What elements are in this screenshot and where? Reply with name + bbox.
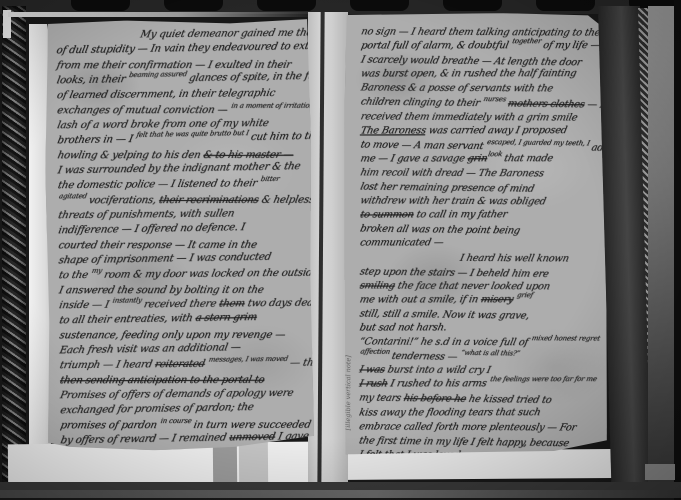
manuscript-line: but sad not harsh. <box>358 321 605 336</box>
manuscript-word-segment: he kissed tried to <box>465 394 553 406</box>
binding-tab <box>213 442 237 483</box>
album-bottom-edge-light <box>0 490 681 498</box>
album-gutter <box>308 12 348 488</box>
manuscript-line: portal full of alarm, & doubtful togethe… <box>359 39 606 54</box>
manuscript-word-segment: tenderness — <box>388 351 462 363</box>
manuscript-word-segment: lost her remaining presence of mind <box>359 181 535 194</box>
manuscript-word-segment: I heard his well known <box>459 252 570 264</box>
bottom-right-highlight <box>645 464 675 480</box>
manuscript-word-segment: “Contarini!” he s.d in a voice full of <box>358 336 532 348</box>
manuscript-word-segment: but sad not harsh. <box>358 322 447 333</box>
manuscript-word-segment: sustenance, feeding only upon my revenge… <box>58 330 286 342</box>
manuscript-word-segment: bitter <box>260 175 280 183</box>
manuscript-word-segment: I rushed to his arms <box>386 379 490 390</box>
manuscript-word-segment: in a moment of irritation <box>230 102 314 110</box>
manuscript-word-segment: agitated <box>58 192 87 200</box>
manuscript-word-segment: exchanges of mutual conviction — <box>56 105 232 116</box>
manuscript-word-segment: brothers in — I <box>56 134 136 146</box>
manuscript-word-segment: escaped, I guarded my teeth, I <box>486 138 590 147</box>
manuscript-line: to the my room & my door was locked on t… <box>57 268 310 286</box>
manuscript-word-segment: together <box>511 37 542 45</box>
manuscript-word-segment: portal full of alarm, & doubtful <box>360 40 513 51</box>
manuscript-word-segment: promises of pardon <box>59 420 161 431</box>
manuscript-word-segment: embrace called forth more plenteously — … <box>358 421 577 433</box>
manuscript-word-segment: children clinging to their <box>360 97 484 110</box>
manuscript-word-segment: howling & yelping to his den <box>56 150 204 161</box>
manuscript-word-segment: vociferations, <box>85 195 161 206</box>
manuscript-line: brothers in — I felt that he was quite b… <box>56 131 309 150</box>
manuscript-word-segment: in turn were succeeded <box>189 420 311 431</box>
manuscript-word-segment: to summon <box>359 210 415 221</box>
manuscript-line: I heard his well known <box>358 251 605 266</box>
manuscript-word-segment: inside — I <box>58 300 113 312</box>
manuscript-word-segment: I rush <box>358 379 388 390</box>
manuscript-word-segment: triumph — I heard <box>59 359 156 371</box>
manuscript-word-segment: withdrew with her train & was obliged <box>359 196 547 208</box>
manuscript-word-segment: me — I gave a savage <box>359 153 468 164</box>
manuscript-word-segment: & helpless <box>257 195 315 206</box>
sprocket-hole <box>257 0 316 11</box>
manuscript-line: kiss away the flooding tears that such <box>358 406 605 421</box>
manuscript-line: received them immediately with a grim sm… <box>359 110 606 125</box>
manuscript-word-segment: look <box>487 150 503 158</box>
manuscript-word-segment: by offers of reward — I remained <box>59 432 230 446</box>
manuscript-word-segment: was carried away I proposed <box>425 125 568 136</box>
manuscript-word-segment: nurses <box>483 95 507 103</box>
manuscript-word-segment: The Baroness <box>359 125 427 136</box>
manuscript-word-segment: to the <box>58 270 92 281</box>
manuscript-word-segment: looks, in their <box>56 74 130 86</box>
manuscript-word-segment: threats of punishments, with sullen <box>57 208 235 221</box>
sprocket-hole <box>443 0 502 11</box>
manuscript-word-segment: felt that he was quite brutto but I <box>136 129 250 139</box>
manuscript-word-segment: received there <box>140 299 221 311</box>
manuscript-word-segment: broken all was on the point being <box>359 224 521 237</box>
backing-page-top-edge <box>8 12 318 17</box>
manuscript-word-segment: in course <box>160 417 193 425</box>
manuscript-word-segment: instantly <box>112 296 143 304</box>
manuscript-word-segment: unmoved <box>228 431 276 443</box>
manuscript-page-right: [illegible vertical note] no sign — I he… <box>343 12 609 455</box>
manuscript-word-segment: still, still a smile. Now it was grave, <box>358 308 530 321</box>
manuscript-line: was burst open, & in rushed the half fai… <box>359 67 606 82</box>
manuscript-word-segment: smiling <box>359 280 396 291</box>
manuscript-word-segment: communicated — <box>359 238 445 249</box>
manuscript-line: communicated — <box>358 236 605 251</box>
manuscript-word-segment: my tears <box>358 393 405 405</box>
manuscript-word-segment: of learned discernment, in their telegra… <box>56 88 276 101</box>
manuscript-word-segment: room & my door was locked on the outside <box>100 268 319 281</box>
manuscript-word-segment: mothers clothes <box>507 99 586 111</box>
manuscript-word-segment: a stern grim <box>194 312 257 324</box>
manuscript-word-segment: of my life — <box>539 40 601 51</box>
manuscript-word-segment: to call in my father <box>412 209 508 220</box>
album-bottom-edge-dark <box>0 482 681 490</box>
album-left-binding-edge <box>2 6 26 488</box>
page-block-edge <box>648 6 674 492</box>
manuscript-word-segment: kiss away the flooding tears that such <box>358 407 541 418</box>
manuscript-word-segment: my <box>91 267 103 275</box>
manuscript-line: of dull stupidity — In vain they endeavo… <box>55 41 308 60</box>
manuscript-word-segment: indifference — I offered no defence. I <box>57 222 246 236</box>
manuscript-line: to summon to call in my father <box>359 208 606 223</box>
manuscript-word-segment: shape of imprisonment — I was conducted <box>58 252 272 267</box>
manuscript-word-segment: me with out a smile, if in <box>359 294 482 305</box>
manuscript-word-segment: courted their response — It came in the <box>57 240 257 252</box>
manuscript-word-segment: the feelings were too far for me <box>489 375 597 383</box>
manuscript-line: to all their entreaties, with a stern gr… <box>57 311 310 330</box>
manuscript-word-segment: affection <box>360 348 391 356</box>
manuscript-line: triumph — I heard reiterated messages, I… <box>58 358 311 376</box>
manuscript-line: Baroness & a posse of servants with the <box>359 82 606 97</box>
manuscript-word-segment: beaming assured <box>128 70 187 79</box>
manuscript-word-segment: Promises of offers of demands of apology… <box>59 388 294 401</box>
manuscript-word-segment: then sending anticipation to the portal … <box>59 375 266 387</box>
manuscript-word-segment: the first time in my life I felt happy, … <box>358 435 570 449</box>
gutter-shadow-line <box>317 12 324 488</box>
manuscript-word-segment: the domestic police — I listened to thei… <box>57 178 261 191</box>
manuscript-line: I rush I rushed to his arms the feelings… <box>358 377 605 392</box>
manuscript-word-segment: was burst open, & in rushed the half fai… <box>360 68 578 79</box>
manuscript-word-segment: his before he <box>402 393 467 405</box>
manuscript-word-segment: I was <box>358 365 386 376</box>
manuscript-word-segment: glances of spite, in the full <box>185 71 322 84</box>
binding-tab <box>239 442 268 483</box>
sprocket-hole <box>71 0 130 11</box>
manuscript-word-segment: grin <box>466 153 488 164</box>
manuscript-word-segment: grief <box>516 291 534 299</box>
manuscript-line: the domestic police — I listened to thei… <box>56 178 309 196</box>
manuscript-word-segment: their recriminations <box>158 195 260 206</box>
manuscript-text-left: My quiet demeanor gained me the reputati… <box>44 19 314 452</box>
manuscript-page-left: My quiet demeanor gained me the reputati… <box>44 19 314 452</box>
manuscript-line: me with out a smile, if in misery grief <box>358 293 605 308</box>
manuscript-line: him recoil with dread — The Baroness <box>359 166 606 181</box>
manuscript-word-segment: Baroness & a posse of servants with the <box>360 83 554 95</box>
manuscript-word-segment: messages, I was moved <box>208 355 289 364</box>
photo-right-border <box>674 0 681 500</box>
photo-frame: My quiet demeanor gained me the reputati… <box>0 0 681 500</box>
manuscript-text-right: no sign — I heard them talking anticipat… <box>343 12 609 455</box>
manuscript-line: The Baroness was carried away I proposed <box>359 124 606 139</box>
manuscript-word-segment: burst into a wild cry I <box>383 365 491 377</box>
manuscript-word-segment: to all their entreaties, with <box>58 313 196 326</box>
sprocket-hole <box>536 0 595 11</box>
manuscript-word-segment: received them immediately with a grim sm… <box>360 111 579 123</box>
manuscript-word-segment: mixed honest regret <box>531 334 601 342</box>
manuscript-line: embrace called forth more plenteously — … <box>357 420 604 435</box>
sprocket-hole <box>350 0 409 11</box>
sprocket-hole <box>164 0 223 11</box>
manuscript-word-segment: them <box>218 298 246 309</box>
manuscript-word-segment: him recoil with dread — The Baroness <box>359 167 545 179</box>
manuscript-word-segment: that made <box>500 153 554 164</box>
manuscript-word-segment: & to his master — <box>202 150 294 161</box>
manuscript-word-segment: no sign — I heard them talking anticipat… <box>360 26 601 38</box>
manuscript-word-segment: exchanged for promises of pardon; the <box>59 402 254 416</box>
manuscript-line: indifference — I offered no defence. I <box>57 221 310 240</box>
manuscript-word-segment: two days deaf <box>244 298 318 310</box>
manuscript-word-segment: I answered the sound by bolting it on th… <box>58 285 265 297</box>
manuscript-line: me — I gave a savage grinlook that made <box>359 152 606 167</box>
manuscript-word-segment: misery <box>480 294 515 305</box>
manuscript-word-segment: step upon the stairs — I beheld him ere <box>359 266 550 279</box>
manuscript-word-segment: reiterated <box>154 359 206 371</box>
manuscript-word-segment: to move — A man servant <box>359 139 487 152</box>
manuscript-word-segment: “what is all this?” <box>460 349 521 358</box>
manuscript-word-segment: Each fresh visit was an additional — <box>59 342 242 356</box>
